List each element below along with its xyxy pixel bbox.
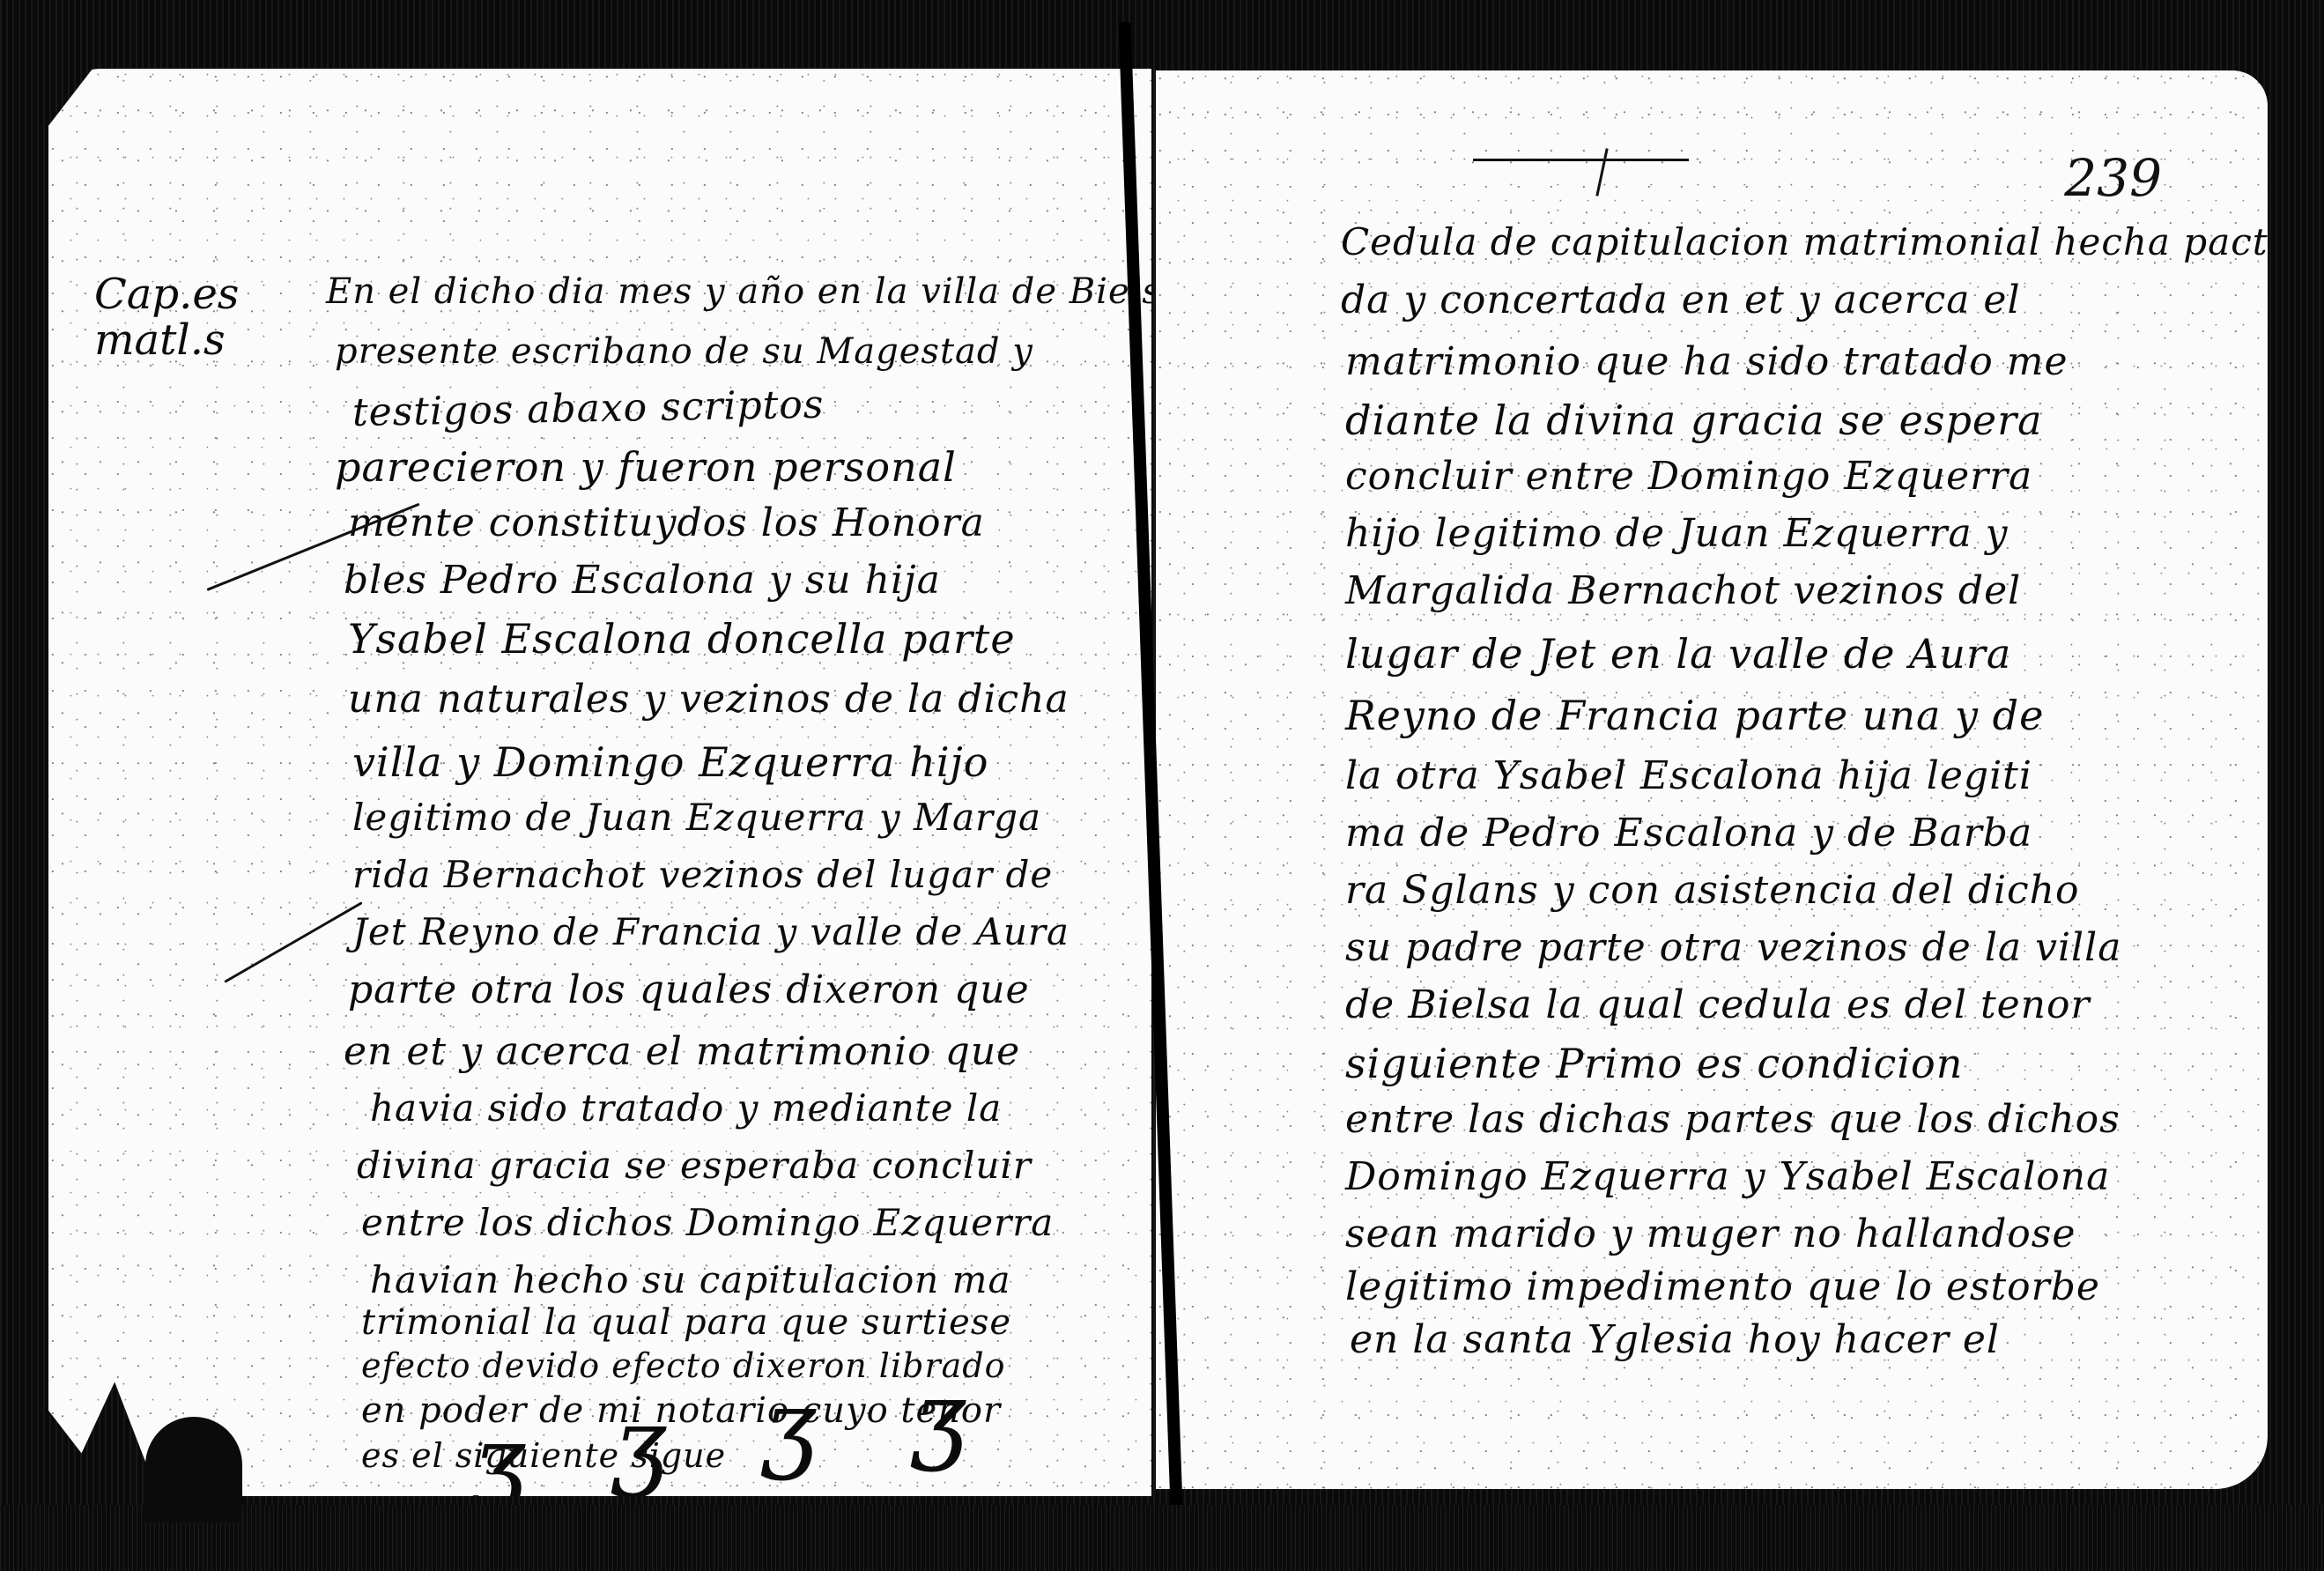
scan-border (0, 1505, 2324, 1571)
text-line: efecto devido efecto dixeron librado (361, 1346, 1005, 1385)
text-line: presente escribano de su Magestad y (335, 331, 1033, 372)
text-line: Domingo Ezquerra y Ysabel Escalona (1345, 1154, 2110, 1199)
text-line: ra Sglans y con asistencia del dicho (1345, 868, 2080, 913)
text-line: bles Pedro Escalona y su hija (344, 558, 941, 603)
text-line: En el dicho dia mes y año en la villa de… (326, 271, 1151, 312)
header-mark (1595, 148, 1608, 196)
margin-note-line: matl.s (94, 317, 239, 363)
text-line: concluir entre Domingo Ezquerra (1345, 454, 2032, 499)
text-line: entre las dichas partes que los dichos (1345, 1097, 2120, 1142)
page-corner (145, 1417, 242, 1523)
signature-rubric: ʒ (762, 1377, 817, 1474)
text-line: una naturales y vezinos de la dicha (348, 677, 1069, 722)
folio-number: 239 (2064, 148, 2162, 208)
text-line: ma de Pedro Escalona y de Barba (1345, 811, 2032, 856)
text-line: lugar de Jet en la valle de Aura (1345, 630, 2011, 678)
text-line: legitimo impedimento que lo estorbe (1345, 1264, 2100, 1309)
right-page: 239 Cedula de capitulacion matrimonial h… (1156, 70, 2268, 1489)
text-line: de Bielsa la qual cedula es del tenor (1345, 982, 2091, 1027)
text-line: diante la divina gracia se espera (1345, 396, 2043, 444)
text-line: Ysabel Escalona doncella parte (348, 615, 1016, 663)
text-line: da y concertada en et y acerca el (1341, 278, 2021, 322)
margin-note-line: Cap.es (94, 271, 239, 317)
pen-flourish (224, 901, 362, 983)
signature-rubric: ʒ (912, 1368, 966, 1465)
text-line: Margalida Bernachot vezinos del (1345, 568, 2021, 613)
text-line: su padre parte otra vezinos de la villa (1345, 925, 2121, 970)
text-line: Reyno de Francia parte una y de (1345, 692, 2044, 739)
text-line: divina gracia se esperaba concluir (357, 1144, 1032, 1187)
left-page: Cap.es matl.s En el dicho dia mes y año … (48, 69, 1151, 1496)
scanned-document: Cap.es matl.s En el dicho dia mes y año … (0, 0, 2324, 1571)
signature-block: ʒ ʒ ʒ ʒ (471, 1395, 1088, 1496)
text-line: rida Bernachot vezinos del lugar de (352, 853, 1053, 896)
text-line: Cedula de capitulacion matrimonial hecha… (1341, 220, 2268, 263)
text-line: villa y Domingo Ezquerra hijo (352, 738, 989, 786)
text-line: matrimonio que ha sido tratado me (1345, 339, 2069, 384)
text-line: hijo legitimo de Juan Ezquerra y (1345, 511, 2009, 556)
text-line: trimonial la qual para que surtiese (361, 1302, 1011, 1343)
text-line: en la santa Yglesia hoy hacer el (1350, 1317, 2000, 1362)
text-line: testigos abaxo scriptos (352, 382, 825, 435)
text-line: parte otra los quales dixeron que (348, 967, 1030, 1012)
signature-rubric: ʒ (471, 1412, 526, 1496)
text-line: sean marido y muger no hallandose (1345, 1212, 2076, 1256)
text-line: la otra Ysabel Escalona hija legiti (1345, 753, 2032, 798)
text-line: entre los dichos Domingo Ezquerra (361, 1201, 1054, 1244)
text-line: parecieron y fueron personal (335, 443, 957, 491)
text-line: legitimo de Juan Ezquerra y Marga (352, 796, 1041, 839)
text-line: en et y acerca el matrimonio que (344, 1029, 1020, 1074)
signature-rubric: ʒ (612, 1395, 667, 1492)
text-line: havian hecho su capitulacion ma (370, 1258, 1011, 1301)
text-line: siguiente Primo es condicion (1345, 1040, 1963, 1087)
text-line: havia sido tratado y mediante la (370, 1086, 1002, 1130)
text-line: mente constituydos los Honora (348, 500, 985, 545)
header-rule (1473, 159, 1689, 161)
text-line: Jet Reyno de Francia y valle de Aura (352, 910, 1069, 953)
margin-note: Cap.es matl.s (94, 271, 239, 363)
